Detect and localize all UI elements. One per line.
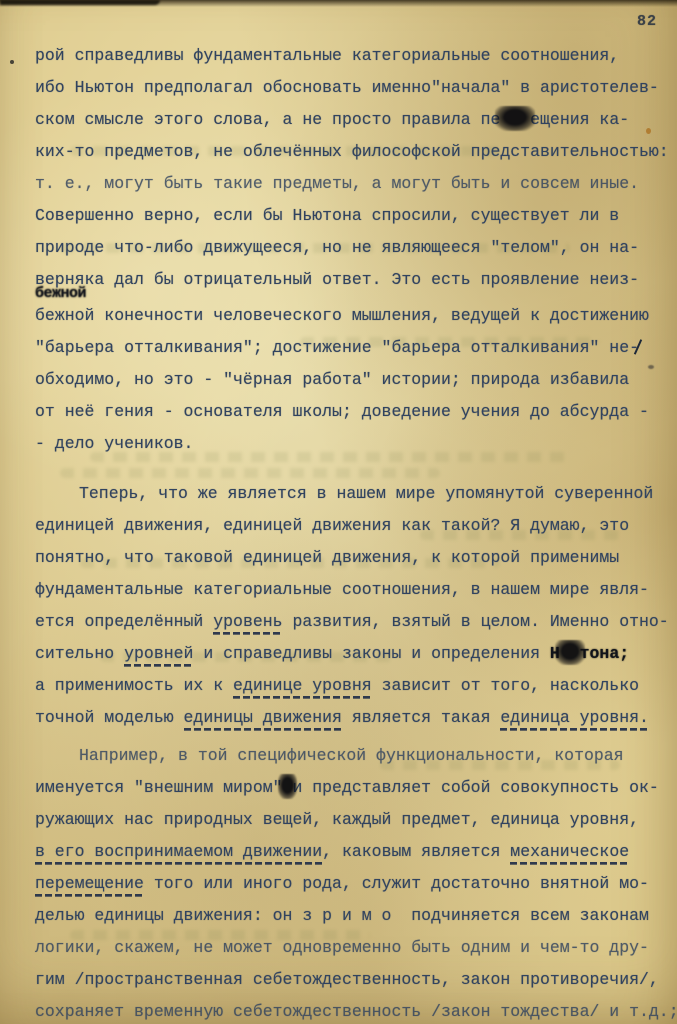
text-segment: гим /пространственная себетождественност… — [35, 970, 659, 989]
text-segment: и справедливы законы и определения — [193, 644, 549, 663]
paragraph: Например, в той специфической функционал… — [35, 740, 660, 1024]
text-segment: именуется "внешним миром" — [35, 778, 283, 797]
text-line: сительно уровней и справедливы законы и … — [35, 638, 660, 670]
text-segment: в его воспринимаемом движении — [35, 842, 322, 865]
ink-speck — [10, 60, 14, 64]
text-line: единицей движения, единицей движения как… — [35, 510, 660, 542]
text-segment: зависит от того, насколько — [372, 676, 639, 695]
text-line: логики, скажем, не может одновременно бы… — [35, 932, 660, 964]
text-segment: а применимость их к — [35, 676, 233, 695]
text-segment: верняка дал бы отрицательный ответ. Это … — [35, 270, 639, 289]
text-segment: делью единицы движения: он з р и м о под… — [35, 906, 649, 925]
text-line: точной моделью единицы движения является… — [35, 702, 660, 734]
text-segment: т. е., могут быть такие предметы, а могу… — [35, 174, 639, 193]
ink-blot: о — [283, 778, 293, 797]
text-segment: уровней — [124, 644, 193, 667]
text-segment: того или иного рода, служит достаточно в… — [144, 874, 649, 893]
document-page: 82 рой справедливы фундаментальные катег… — [0, 0, 677, 1024]
text-segment: единице уровня — [233, 676, 372, 699]
text-segment: ещения ка- — [530, 110, 629, 129]
text-line: - дело учеников. — [35, 428, 660, 460]
text-line: а применимость их к единице уровня завис… — [35, 670, 660, 702]
text-line: рой справедливы фундаментальные категори… — [35, 40, 660, 72]
text-segment: сохраняет временную себетождественность … — [35, 1002, 677, 1021]
text-segment: ском смысле этого слова, а не просто пра… — [35, 110, 500, 129]
text-segment: ружающих нас природных вещей, каждый пре… — [35, 810, 639, 829]
text-segment: Совершенно верно, если бы Ньютона спроси… — [35, 206, 619, 225]
text-line: ружающих нас природных вещей, каждый пре… — [35, 804, 660, 836]
text-line: ких-то предметов, не облечённых философс… — [35, 136, 660, 168]
page-number: 82 — [637, 13, 657, 30]
text-segment: уровень — [213, 612, 282, 635]
text-line: Например, в той специфической функционал… — [35, 740, 660, 772]
text-segment: обходимо, но это - "чёрная работа" истор… — [35, 370, 629, 389]
text-segment: бежной конечности человеческого мышления… — [35, 306, 649, 325]
text-segment: ется определённый — [35, 612, 213, 631]
text-segment: перемещение — [35, 874, 144, 897]
text-line: Теперь, что же является в нашем мире упо… — [35, 478, 660, 510]
text-line: перемещение того или иного рода, служит … — [35, 868, 660, 900]
text-line: бежной конечности человеческого мышления… — [35, 300, 660, 332]
text-segment: природе что-либо движущееся, но не являю… — [35, 238, 639, 257]
ink-blot: ью — [560, 644, 580, 663]
text-segment: бежной — [35, 285, 86, 302]
text-segment: единица уровня. — [500, 708, 649, 731]
text-segment: и представляет собой совокупность ок- — [292, 778, 658, 797]
text-segment: Например, в той специфической функционал… — [79, 746, 624, 765]
text-segment: развития, взятый в целом. Именно отно- — [283, 612, 669, 631]
text-line: гим /пространственная себетождественност… — [35, 964, 660, 996]
text-segment: логики, скажем, не может одновременно бы… — [35, 938, 649, 957]
struck-text: не- — [609, 338, 639, 357]
text-line: Совершенно верно, если бы Ньютона спроси… — [35, 200, 660, 232]
text-line: т. е., могут быть такие предметы, а могу… — [35, 168, 660, 200]
paragraph: Теперь, что же является в нашем мире упо… — [35, 478, 660, 734]
text-line: обходимо, но это - "чёрная работа" истор… — [35, 364, 660, 396]
text-segment: понятно, что таковой единицей движения, … — [35, 548, 619, 567]
text-line: ется определённый уровень развития, взят… — [35, 606, 660, 638]
text-segment: механическое — [510, 842, 629, 865]
text-line: "барьера отталкивания"; достижение "барь… — [35, 332, 660, 364]
text-segment: от неё гения - основателя школы; доведен… — [35, 402, 649, 421]
text-segment: сительно — [35, 644, 124, 663]
text-segment: фундаментальные категориальные соотношен… — [35, 580, 649, 599]
text-line: от неё гения - основателя школы; доведен… — [35, 396, 660, 428]
text-line: делью единицы движения: он з р и м о под… — [35, 900, 660, 932]
text-line: фундаментальные категориальные соотношен… — [35, 574, 660, 606]
text-line: сохраняет временную себетождественность … — [35, 996, 660, 1024]
text-line: верняка дал бы отрицательный ответ. Это … — [35, 264, 660, 296]
text-segment: является такая — [342, 708, 500, 727]
text-segment: Теперь, что же является в нашем мире упо… — [79, 484, 653, 503]
text-segment: "барьера отталкивания"; достижение "барь… — [35, 338, 609, 357]
text-segment: точной моделью — [35, 708, 184, 727]
text-block: рой справедливы фундаментальные категори… — [35, 40, 660, 1024]
ink-blot: рем — [500, 110, 530, 129]
text-line: ском смысле этого слова, а не просто пра… — [35, 104, 660, 136]
text-line: понятно, что таковой единицей движения, … — [35, 542, 660, 574]
text-segment: ибо Ньютон предполагал обосновать именно… — [35, 78, 659, 97]
text-line: в его воспринимаемом движении, каковым я… — [35, 836, 660, 868]
text-line: именуется "внешним миром"ои представляет… — [35, 772, 660, 804]
text-line: природе что-либо движущееся, но не являю… — [35, 232, 660, 264]
text-segment: ких-то предметов, не облечённых философс… — [35, 142, 669, 161]
text-line: ибо Ньютон предполагал обосновать именно… — [35, 72, 660, 104]
text-segment: , каковым является — [322, 842, 510, 861]
text-segment: единицей движения, единицей движения как… — [35, 516, 629, 535]
paragraph: рой справедливы фундаментальные категори… — [35, 40, 660, 460]
text-segment: - дело учеников. — [35, 434, 193, 453]
text-segment: тона; — [580, 644, 630, 663]
text-segment: рой справедливы фундаментальные категори… — [35, 46, 619, 65]
text-segment: единицы движения — [184, 708, 342, 731]
